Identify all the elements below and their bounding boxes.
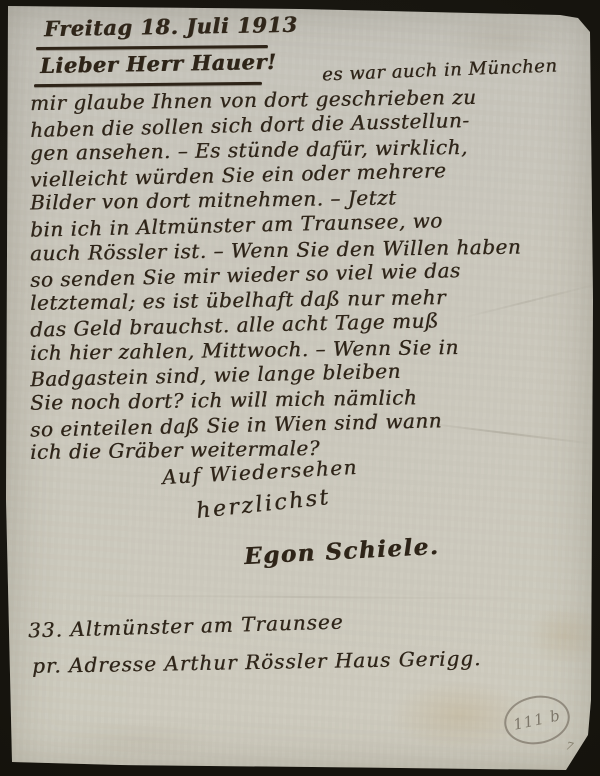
stain bbox=[525, 605, 600, 665]
body-line: ich hier zahlen, Mittwoch. – Wenn Sie in bbox=[30, 335, 459, 365]
body-line: letztemal; es ist übelhaft daß nur mehr bbox=[30, 285, 446, 315]
address-line: pr. Adresse Arthur Rössler Haus Gerigg. bbox=[32, 646, 482, 678]
address-line: 33. Altmünster am Traunsee bbox=[28, 610, 344, 643]
salutation: Lieber Herr Hauer! bbox=[40, 49, 277, 78]
scanned-letter-page: Freitag 18. Juli 1913 Lieber Herr Hauer!… bbox=[0, 0, 600, 776]
stain bbox=[60, 720, 220, 760]
salutation-underline bbox=[34, 82, 262, 87]
body-line: Badgastein sind, wie lange bleiben bbox=[30, 359, 401, 391]
fold-crease bbox=[457, 282, 600, 320]
fold-crease bbox=[60, 594, 540, 599]
opening-continuation: es war auch in München bbox=[322, 55, 558, 85]
fold-crease bbox=[411, 420, 600, 445]
inventory-number-mark: 111 b bbox=[512, 706, 563, 734]
closing-line: Auf Wiedersehen bbox=[162, 455, 359, 489]
body-line: haben die sollen sich dort die Ausstellu… bbox=[30, 108, 470, 142]
body-line: Bilder von dort mitnehmen. – Jetzt bbox=[30, 185, 397, 214]
body-line: bin ich in Altmünster am Traunsee, wo bbox=[30, 208, 443, 241]
body-line: ich die Gräber weitermale? bbox=[30, 436, 320, 464]
body-line: vielleicht würden Sie ein oder mehrere bbox=[30, 158, 447, 191]
signature: Egon Schiele. bbox=[243, 533, 439, 570]
inventory-number-oval: 111 b bbox=[500, 691, 573, 750]
closing-line: herzlichst bbox=[195, 485, 332, 524]
stain bbox=[440, 14, 570, 64]
date-underline bbox=[36, 45, 268, 50]
corner-pencil-mark: 7 bbox=[565, 739, 575, 753]
letter-paper: Freitag 18. Juli 1913 Lieber Herr Hauer!… bbox=[0, 0, 600, 776]
body-line: auch Rössler ist. – Wenn Sie den Willen … bbox=[30, 235, 521, 266]
date-line: Freitag 18. Juli 1913 bbox=[44, 12, 298, 41]
body-line: so senden Sie mir wieder so viel wie das bbox=[30, 258, 461, 292]
body-line: Sie noch dort? ich will mich nämlich bbox=[30, 385, 417, 414]
stain bbox=[390, 680, 530, 750]
body-line: gen ansehen. – Es stünde dafür, wirklich… bbox=[30, 135, 468, 165]
body-line: so einteilen daß Sie in Wien sind wann bbox=[30, 408, 443, 441]
body-line: mir glaube Ihnen von dort geschrieben zu bbox=[30, 85, 477, 115]
paper-texture bbox=[0, 0, 600, 776]
body-line: das Geld brauchst. alle acht Tage muß bbox=[30, 308, 439, 341]
